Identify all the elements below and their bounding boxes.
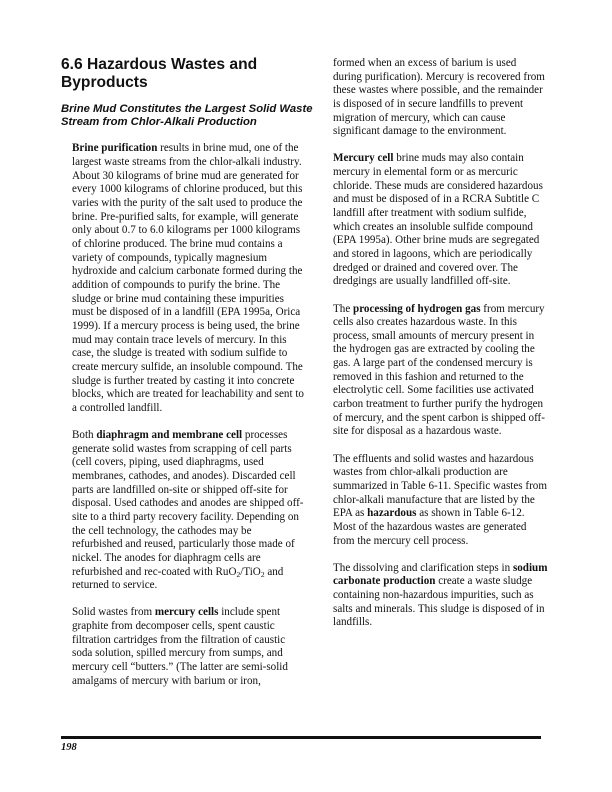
subheading: Brine Mud Constitutes the Largest Solid … <box>61 103 319 129</box>
paragraph-text: results in brine mud, one of the largest… <box>72 142 304 413</box>
right-column: formed when an excess of barium is used … <box>333 57 548 643</box>
paragraph-text: The dissolving and clarification steps i… <box>333 562 513 574</box>
paragraph-text: from mercury cells also creates hazardou… <box>333 303 545 438</box>
paragraph-text: include spent graphite from decomposer c… <box>72 606 288 686</box>
paragraph-diaphragm-membrane: Both diaphragm and membrane cell process… <box>72 429 304 593</box>
left-column: 6.6 Hazardous Wastes and Byproducts Brin… <box>61 56 319 702</box>
paragraph-text: The <box>333 303 353 315</box>
paragraph-continuation: formed when an excess of barium is used … <box>333 57 548 139</box>
paragraph-mercury-cell-muds: Mercury cell brine muds may also contain… <box>333 152 548 289</box>
paragraph-mercury-cells: Solid wastes from mercury cells include … <box>72 606 304 688</box>
paragraph-text: formed when an excess of barium is used … <box>333 57 545 137</box>
footer-rule <box>61 736 541 739</box>
bold-term: mercury cells <box>155 606 219 618</box>
bold-term: diaphragm and membrane cell <box>96 429 242 441</box>
paragraph-text: Solid wastes from <box>72 606 155 618</box>
paragraph-text: /TiO <box>240 566 261 578</box>
paragraph-text: Both <box>72 429 96 441</box>
paragraph-sodium-carbonate: The dissolving and clarification steps i… <box>333 562 548 630</box>
paragraph-text: processes generate solid wastes from scr… <box>72 429 303 578</box>
paragraph-effluents-summary: The effluents and solid wastes and hazar… <box>333 453 548 549</box>
bold-term: processing of hydrogen gas <box>353 303 481 315</box>
bold-term: Brine purification <box>72 142 157 154</box>
bold-term: hazardous <box>367 507 416 519</box>
paragraph-brine-purification: Brine purification results in brine mud,… <box>72 142 304 415</box>
paragraph-hydrogen-gas: The processing of hydrogen gas from merc… <box>333 303 548 440</box>
section-title: 6.6 Hazardous Wastes and Byproducts <box>61 56 319 91</box>
page-number: 198 <box>61 742 77 753</box>
bold-term: Mercury cell <box>333 152 393 164</box>
document-page: 6.6 Hazardous Wastes and Byproducts Brin… <box>0 0 612 792</box>
paragraph-text: brine muds may also contain mercury in e… <box>333 152 543 287</box>
